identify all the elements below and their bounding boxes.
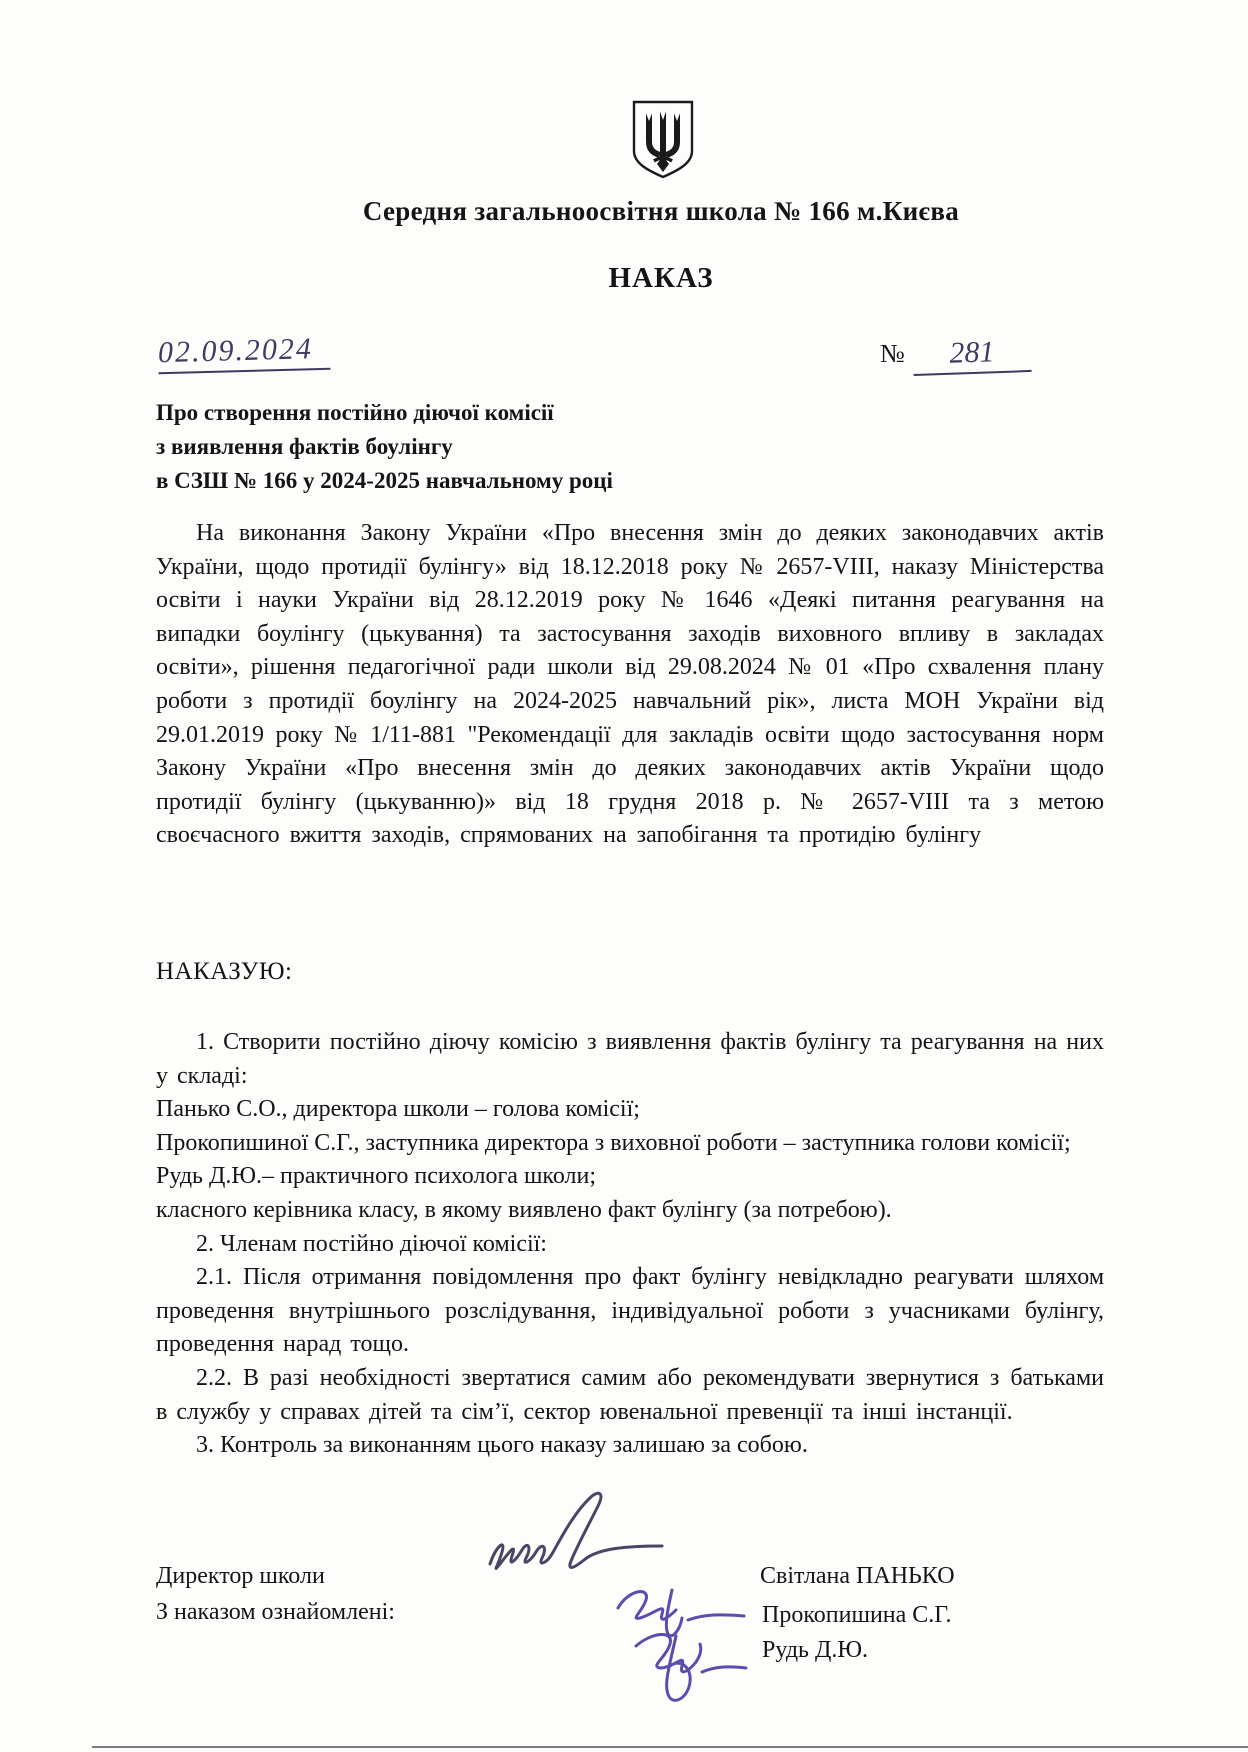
scanned-order-document: Середня загальноосвітня школа № 166 м.Ки…: [0, 0, 1248, 1752]
order-items: 1. Створити постійно діючу комісію з вия…: [156, 1026, 1104, 1463]
subject-line: в СЗШ № 166 у 2024-2025 навчальному році: [156, 464, 856, 498]
director-signature: [472, 1482, 722, 1592]
handwritten-order-number: 281: [912, 334, 1031, 376]
handwritten-date: 02.09.2024: [158, 332, 331, 374]
date-number-row: 02.09.2024 №281: [0, 330, 1248, 378]
commission-member: Прокопишиної С.Г., заступника директора …: [156, 1127, 1104, 1161]
ack-name: Прокопишина С.Г.: [762, 1602, 951, 1629]
order-item-2-2: 2.2. В разі необхідності звертатися сами…: [156, 1362, 1104, 1429]
order-item-2: 2. Членам постійно діючої комісії:: [156, 1228, 1104, 1262]
commission-member: Рудь Д.Ю.– практичного психолога школи;: [156, 1160, 1104, 1194]
subject-line: з виявлення фактів боулінгу: [156, 430, 856, 464]
order-verb-heading: НАКАЗУЮ:: [156, 958, 292, 986]
number-sign-label: №: [880, 339, 905, 368]
ukraine-trident-emblem-icon: [630, 99, 696, 181]
director-name: Світлана ПАНЬКО: [760, 1563, 955, 1590]
acknowledgement-signatures: [608, 1578, 778, 1708]
subject-line: Про створення постійно діючої комісії: [156, 396, 856, 430]
document-type-heading: НАКАЗ: [156, 262, 1166, 295]
order-subject: Про створення постійно діючої комісії з …: [156, 396, 856, 498]
commission-member: Панько С.О., директора школи – голова ко…: [156, 1093, 1104, 1127]
director-role-label: Директор школи: [156, 1563, 325, 1590]
order-item-3: 3. Контроль за виконанням цього наказу з…: [156, 1429, 1104, 1463]
order-preamble: На виконання Закону України «Про внесенн…: [156, 517, 1104, 853]
commission-member: класного керівника класу, в якому виявле…: [156, 1194, 1104, 1228]
order-item-1: 1. Створити постійно діючу комісію з вия…: [156, 1026, 1104, 1093]
scan-artifact-line: [92, 1746, 1248, 1748]
order-item-2-1: 2.1. Після отримання повідомлення про фа…: [156, 1261, 1104, 1362]
school-name-title: Середня загальноосвітня школа № 166 м.Ки…: [156, 196, 1166, 227]
order-number-group: №281: [880, 336, 1031, 374]
acknowledged-label: З наказом ознайомлені:: [156, 1599, 395, 1626]
